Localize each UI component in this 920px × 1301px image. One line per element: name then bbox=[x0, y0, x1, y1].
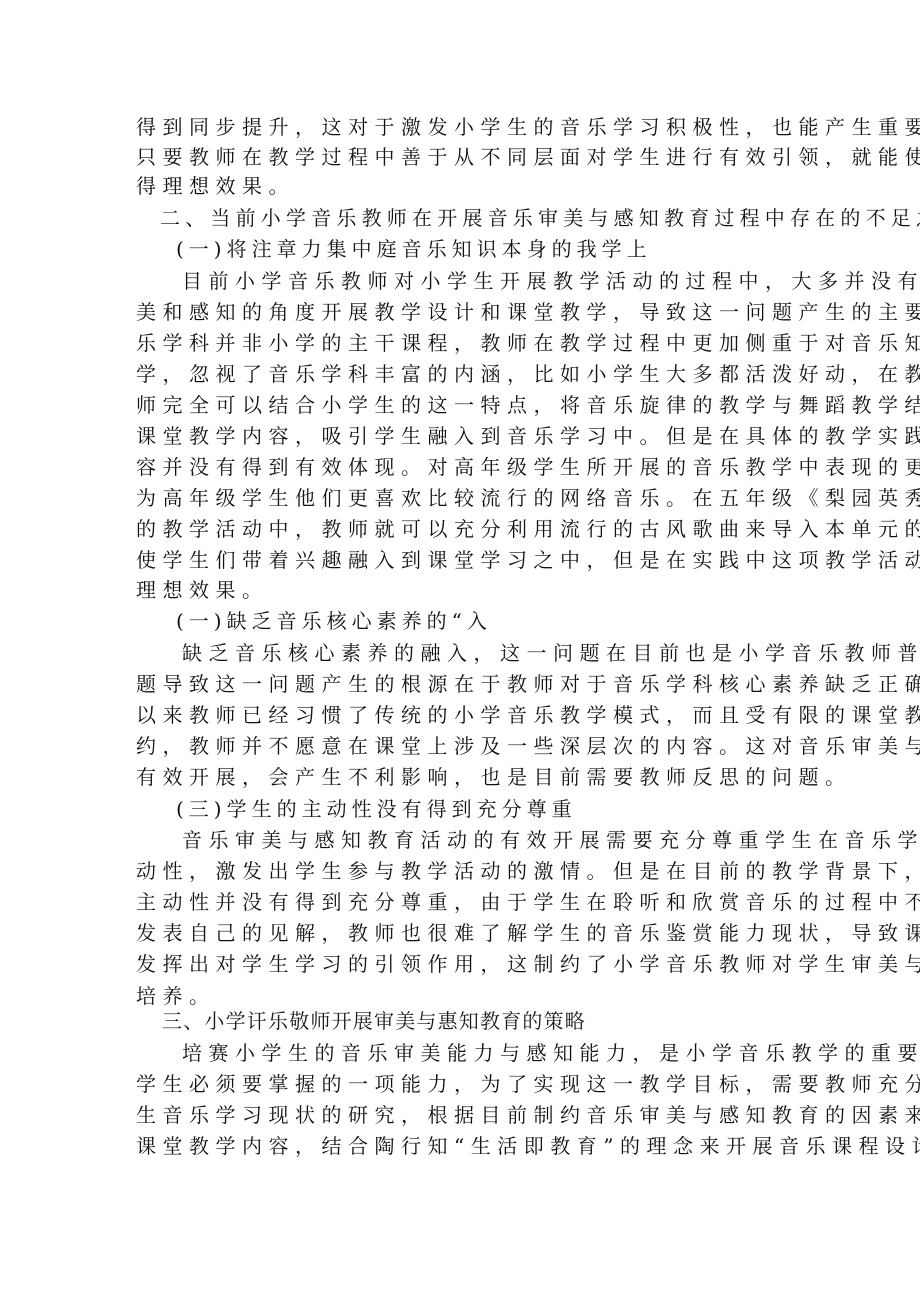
subsection-heading: (三)学生的主动性没有得到充分尊重 bbox=[176, 794, 836, 825]
subsection-heading: (一)缺乏音乐核心素养的“入 bbox=[176, 606, 836, 637]
paragraph-line: 以来教师已经习惯了传统的小学音乐教学模式，而且受有限的课堂教学时间的制 bbox=[136, 700, 796, 731]
paragraph-line: 得到同步提升，这对于激发小学生的音乐学习积极性，也能产生重要的促进作用， bbox=[136, 112, 796, 143]
paragraph-line: 学，忽视了音乐学科丰富的内涵，比如小学生大多都活泼好动，在教学过程中，教 bbox=[136, 359, 796, 390]
paragraph-line: 容并没有得到有效体现。对高年级学生所开展的音乐教学中表现的更为突出，因 bbox=[136, 452, 796, 483]
paragraph-line: 主动性并没有得到充分尊重，由于学生在聆听和欣赏音乐的过程中不能深入其中， bbox=[136, 887, 796, 918]
paragraph-line: 师完全可以结合小学生的这一特点，将音乐旋律的教学与舞蹈教学结合起来丰富 bbox=[136, 390, 796, 421]
paragraph-line: 乐学科并非小学的主干课程，教师在教学过程中更加侧重于对音乐知识本身的教 bbox=[136, 328, 796, 359]
paragraph-line: 得理想效果。 bbox=[136, 171, 796, 202]
paragraph-line: 发挥出对学生学习的引领作用，这制约了小学音乐教师对学生审美与感知能力的 bbox=[136, 949, 796, 980]
paragraph-line: 发表自己的见解，教师也很难了解学生的音乐鉴赏能力现状，导致课堂教学很难 bbox=[136, 918, 796, 949]
paragraph-line: 使学生们带着兴趣融入到课堂学习之中，但是在实践中这项教学活动并没有取得 bbox=[136, 545, 796, 576]
document-page: 得到同步提升，这对于激发小学生的音乐学习积极性，也能产生重要的促进作用， 只要教… bbox=[0, 0, 920, 1301]
paragraph-line: 音乐审美与感知教育活动的有效开展需要充分尊重学生在音乐学习中的主 bbox=[182, 825, 842, 856]
paragraph-line: 生音乐学习现状的研究，根据目前制约音乐审美与感知教育的因素来优化和改进 bbox=[136, 1100, 796, 1131]
paragraph-line: 题导致这一问题产生的根源在于教师对于音乐学科核心素养缺乏正确认识，长期 bbox=[136, 669, 796, 700]
paragraph-line: 培赛小学生的音乐审美能力与感知能力，是小学音乐教学的重要目标，也是 bbox=[182, 1038, 842, 1069]
paragraph-line: 只要教师在教学过程中善于从不同层面对学生进行有效引领，就能使课程教学取 bbox=[136, 142, 796, 173]
subsection-heading: (一)将注章力集中庭音乐知识本身的我学上 bbox=[176, 234, 836, 265]
paragraph-line: 为高年级学生他们更喜欢比较流行的网络音乐。在五年级《梨园英秀》这一单元 bbox=[136, 483, 796, 514]
paragraph-line: 理想效果。 bbox=[136, 575, 796, 606]
paragraph-line: 学生必须要掌握的一项能力，为了实现这一教学目标，需要教师充分做好对小学 bbox=[136, 1069, 796, 1100]
paragraph-line: 课堂教学内容，吸引学生融入到音乐学习中。但是在具体的教学实践中，这些内 bbox=[136, 421, 796, 452]
paragraph-line: 动性，激发出学生参与教学活动的激情。但是在目前的教学背景下，学生学习的 bbox=[136, 856, 796, 887]
paragraph-line: 缺乏音乐核心素养的融入，这一问题在目前也是小学音乐教师普遍存在的问 bbox=[182, 638, 842, 669]
paragraph-line: 的教学活动中，教师就可以充分利用流行的古风歌曲来导入本单元的教学内容， bbox=[136, 514, 796, 545]
paragraph-line: 有效开展，会产生不利影响，也是目前需要教师反思的问题。 bbox=[136, 762, 796, 793]
paragraph-line: 美和感知的角度开展教学设计和课堂教学，导致这一问题产生的主要原因在于音 bbox=[136, 297, 796, 328]
section-heading: 二、当前小学音乐教师在开展音乐审美与感知教育过程中存在的不足之处 bbox=[160, 203, 820, 234]
paragraph-line: 目前小学音乐教师对小学生开展教学活动的过程中，大多并没有站在音乐审 bbox=[182, 266, 842, 297]
section-heading: 三、小学讦乐敬师开展审美与惠知教育的策略 bbox=[162, 1006, 822, 1037]
paragraph-line: 约，教师并不愿意在课堂上涉及一些深层次的内容。这对音乐审美与感知教育要 bbox=[136, 731, 796, 762]
paragraph-line: 课堂教学内容，结合陶行知“生活即教育”的理念来开展音乐课程设计，实现对 bbox=[136, 1131, 796, 1162]
